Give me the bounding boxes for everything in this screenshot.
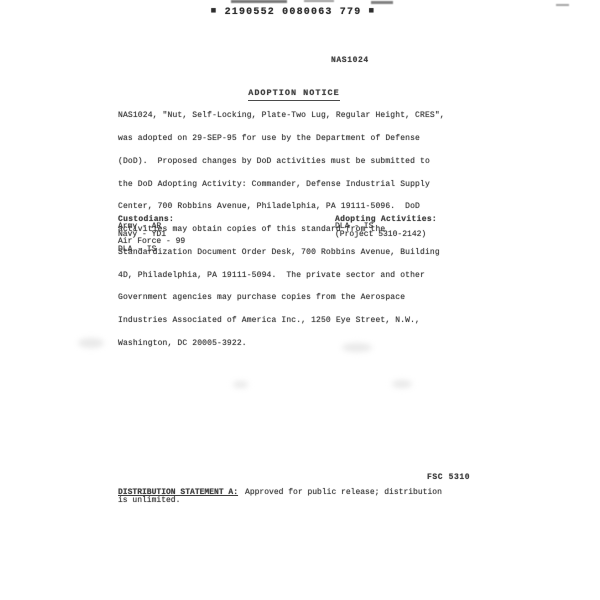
paragraph-line: was adopted on 29-SEP-95 for use by the … xyxy=(118,135,458,143)
paragraph-line: the DoD Adopting Activity: Commander, De… xyxy=(118,181,458,189)
distribution-statement-line2: is unlimited. xyxy=(118,497,468,505)
paragraph-line: NAS1024, "Nut, Self-Locking, Plate-Two L… xyxy=(118,112,458,120)
distribution-statement: DISTRIBUTION STATEMENT A:Approved for pu… xyxy=(118,489,468,505)
distribution-statement-text: Approved for public release; distributio… xyxy=(245,488,442,497)
scan-edge-artifact xyxy=(231,0,287,3)
custodian-item: DLA - IS xyxy=(118,246,185,253)
fsc-code: FSC 5310 xyxy=(427,473,470,482)
paper-smudge xyxy=(78,338,104,348)
scanned-document-page: ■ 2190552 0080063 779 ■ NAS1024 ADOPTION… xyxy=(0,0,600,600)
paragraph-line: Industries Associated of America Inc., 1… xyxy=(118,317,458,325)
code-block-right-icon: ■ xyxy=(369,6,376,16)
code-block-left-icon: ■ xyxy=(211,6,218,16)
paragraph-line: Government agencies may purchase copies … xyxy=(118,294,458,302)
paper-smudge xyxy=(392,380,412,388)
document-id-code: 2190552 0080063 779 xyxy=(225,7,362,18)
document-id-code-line: ■ 2190552 0080063 779 ■ xyxy=(0,7,593,18)
paragraph-line: Washington, DC 20005-3922. xyxy=(118,340,458,348)
standard-number: NAS1024 xyxy=(331,56,369,65)
paper-smudge xyxy=(233,381,248,388)
scan-edge-artifact xyxy=(304,0,334,2)
paragraph-line: Center, 700 Robbins Avenue, Philadelphia… xyxy=(118,203,458,211)
adopting-activity-item: (Project 5310-2142) xyxy=(335,231,437,238)
adopting-activities-block: Adopting Activities: DLA - IS (Project 5… xyxy=(335,216,437,238)
scan-edge-artifact xyxy=(371,1,393,4)
paragraph-line: 4D, Philadelphia, PA 19111-5094. The pri… xyxy=(118,272,458,280)
paragraph-line: (DoD). Proposed changes by DoD activitie… xyxy=(118,158,458,166)
custodians-block: Custodians: Army - AR Navy - YD1 Air For… xyxy=(118,216,185,253)
scan-edge-artifact xyxy=(556,4,569,6)
